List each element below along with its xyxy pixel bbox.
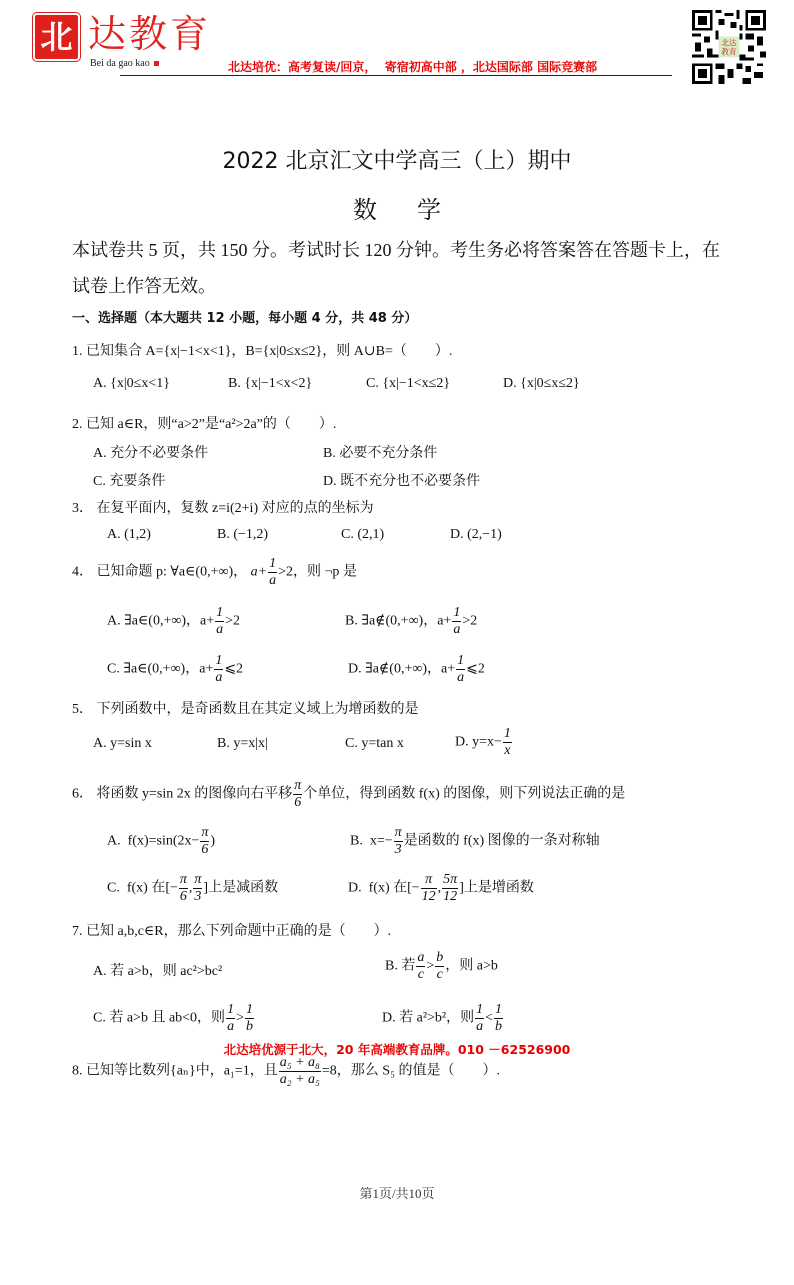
exam-subject: 数学 <box>0 190 794 225</box>
question-stem: 已知 a,b,c∈R，那么下列命题中正确的是（ ）. <box>86 924 391 939</box>
option-6a: A. f(x)=sin(2x−π6) <box>107 825 215 858</box>
red-square-icon <box>154 61 159 66</box>
question-number: 3． <box>72 501 93 516</box>
section-heading: 一、选择题（本大题共 12 小题，每小题 4 分，共 48 分） <box>72 307 417 326</box>
question-4: 4． 已知命题 p: ∀a∈(0,+∞)， a+1a>2，则 ¬p 是 <box>72 556 357 589</box>
option-1a: A. {x|0≤x<1} <box>93 376 170 392</box>
option-5a: A. y=sin x <box>93 736 152 752</box>
question-number: 6． <box>72 787 93 802</box>
option-4d: D. ∃a∉(0,+∞)，a+1a⩽2 <box>348 653 485 686</box>
svg-text:教育: 教育 <box>721 46 737 56</box>
option-5b: B. y=x|x| <box>217 736 268 752</box>
question-stem-pre: 已知命题 p: ∀a∈(0,+∞)， <box>97 565 248 580</box>
question-number: 2. <box>72 417 83 432</box>
fraction: π6 <box>179 872 188 905</box>
question-stem-pre: 将函数 y=sin 2x 的图像向右平移 <box>97 787 293 802</box>
option-6b: B. x=−π3是函数的 f(x) 图像的一条对称轴 <box>350 825 600 858</box>
fraction-sequence-ratio: a₅ + a₈a₂ + a₅ <box>279 1055 321 1088</box>
logo-subtitle: Bei da gao kao <box>90 58 159 69</box>
option-4b: B. ∃a∉(0,+∞)，a+1a>2 <box>345 605 477 638</box>
expr: a+ <box>251 565 267 580</box>
page-indicator: 第1页/共10页 <box>0 1183 794 1202</box>
fraction: 1b <box>494 1002 503 1035</box>
question-8: 8. 已知等比数列{aₙ}中，a₁=1，且a₅ + a₈a₂ + a₅=8，那么… <box>72 1055 500 1088</box>
fraction: π12 <box>421 872 437 905</box>
fraction-pi-6: π6 <box>293 778 302 811</box>
exam-title: 2022 北京汇文中学高三（上）期中 <box>0 144 794 175</box>
fraction: 1a <box>456 653 465 686</box>
question-1: 1. 已知集合 A={x|−1<x<1}，B={x|0≤x≤2}，则 A∪B=（… <box>72 340 452 360</box>
option-2a: A. 充分不必要条件 <box>93 442 208 462</box>
option-3a: A. (1,2) <box>107 527 151 543</box>
question-7: 7. 已知 a,b,c∈R，那么下列命题中正确的是（ ）. <box>72 920 391 940</box>
header-slogan: 北达培优：高考复读/回京， 寄宿初高中部 ，北达国际部 国际竞赛部 <box>228 58 597 75</box>
option-7b: B. 若ac>bc，则 a>b <box>385 950 498 983</box>
fraction: 1x <box>503 726 512 759</box>
logo-subtitle-text: Bei da gao kao <box>90 58 150 69</box>
fraction: π6 <box>200 825 209 858</box>
question-3: 3． 在复平面内，复数 z=i(2+i) 对应的点的坐标为 <box>72 497 374 517</box>
option-5c: C. y=tan x <box>345 736 404 752</box>
fraction: ac <box>416 950 425 983</box>
question-number: 4． <box>72 565 93 580</box>
qr-code-icon: 北达 教育 <box>692 10 766 84</box>
fraction: 1a <box>226 1002 235 1035</box>
question-number: 5． <box>72 702 93 717</box>
question-stem-post: >2，则 ¬p 是 <box>278 565 357 580</box>
question-stem-pre: 已知等比数列{aₙ}中，a₁=1，且 <box>86 1064 278 1079</box>
option-1c: C. {x|−1<x≤2} <box>366 376 450 392</box>
question-stem: 在复平面内，复数 z=i(2+i) 对应的点的坐标为 <box>97 501 374 516</box>
option-5d: D. y=x−1x <box>455 726 513 759</box>
option-7d: D. 若 a²>b²，则1a<1b <box>382 1002 504 1035</box>
question-number: 1. <box>72 344 83 359</box>
option-1b: B. {x|−1<x<2} <box>228 376 312 392</box>
fraction: π3 <box>394 825 403 858</box>
question-2: 2. 已知 a∈R，则“a>2”是“a²>2a”的（ ）. <box>72 413 336 433</box>
question-number: 8. <box>72 1064 83 1079</box>
option-2b: B. 必要不充分条件 <box>323 442 437 462</box>
fraction: 5π12 <box>442 872 458 905</box>
exam-instructions: 本试卷共 5 页，共 150 分。考试时长 120 分钟。考生务必将答案答在答题… <box>72 232 732 304</box>
option-7a: A. 若 a>b，则 ac²>bc² <box>93 960 222 980</box>
svg-text:北达: 北达 <box>721 38 737 48</box>
option-3b: B. (−1,2) <box>217 527 268 543</box>
option-2c: C. 充要条件 <box>93 470 165 490</box>
question-stem: 已知 a∈R，则“a>2”是“a²>2a”的（ ）. <box>86 417 336 432</box>
option-1d: D. {x|0≤x≤2} <box>503 376 580 392</box>
logo-text: 达教育 <box>88 10 211 58</box>
logo-seal: 北 <box>33 13 80 61</box>
question-stem-post: =8，那么 S₅ 的值是（ ）. <box>322 1064 500 1079</box>
option-7c: C. 若 a>b 且 ab<0，则1a>1b <box>93 1002 255 1035</box>
option-4c: C. ∃a∈(0,+∞)，a+1a⩽2 <box>107 653 243 686</box>
fraction: 1b <box>245 1002 254 1035</box>
option-2d: D. 既不充分也不必要条件 <box>323 470 480 490</box>
question-number: 7. <box>72 924 83 939</box>
fraction: bc <box>435 950 444 983</box>
question-stem: 已知集合 A={x|−1<x<1}，B={x|0≤x≤2}，则 A∪B=（ ）. <box>86 344 452 359</box>
fraction: π3 <box>193 872 202 905</box>
fraction: 1a <box>214 653 223 686</box>
question-stem-post: 个单位，得到函数 f(x) 的图像，则下列说法正确的是 <box>303 787 625 802</box>
question-stem: 下列函数中，是奇函数且在其定义域上为增函数的是 <box>97 702 419 717</box>
fraction: 1a <box>452 605 461 638</box>
option-3d: D. (2,−1) <box>450 527 502 543</box>
question-6: 6． 将函数 y=sin 2x 的图像向右平移π6个单位，得到函数 f(x) 的… <box>72 778 625 811</box>
header-divider <box>120 75 672 76</box>
option-6d: D. f(x) 在[−π12,5π12]上是增函数 <box>348 872 534 905</box>
option-4a: A. ∃a∈(0,+∞)，a+1a>2 <box>107 605 240 638</box>
option-3c: C. (2,1) <box>341 527 384 543</box>
fraction: 1a <box>215 605 224 638</box>
fraction: 1a <box>475 1002 484 1035</box>
option-6c: C. f(x) 在[−π6,π3]上是减函数 <box>107 872 278 905</box>
question-5: 5． 下列函数中，是奇函数且在其定义域上为增函数的是 <box>72 698 419 718</box>
fraction-1-over-a: 1a <box>268 556 277 589</box>
